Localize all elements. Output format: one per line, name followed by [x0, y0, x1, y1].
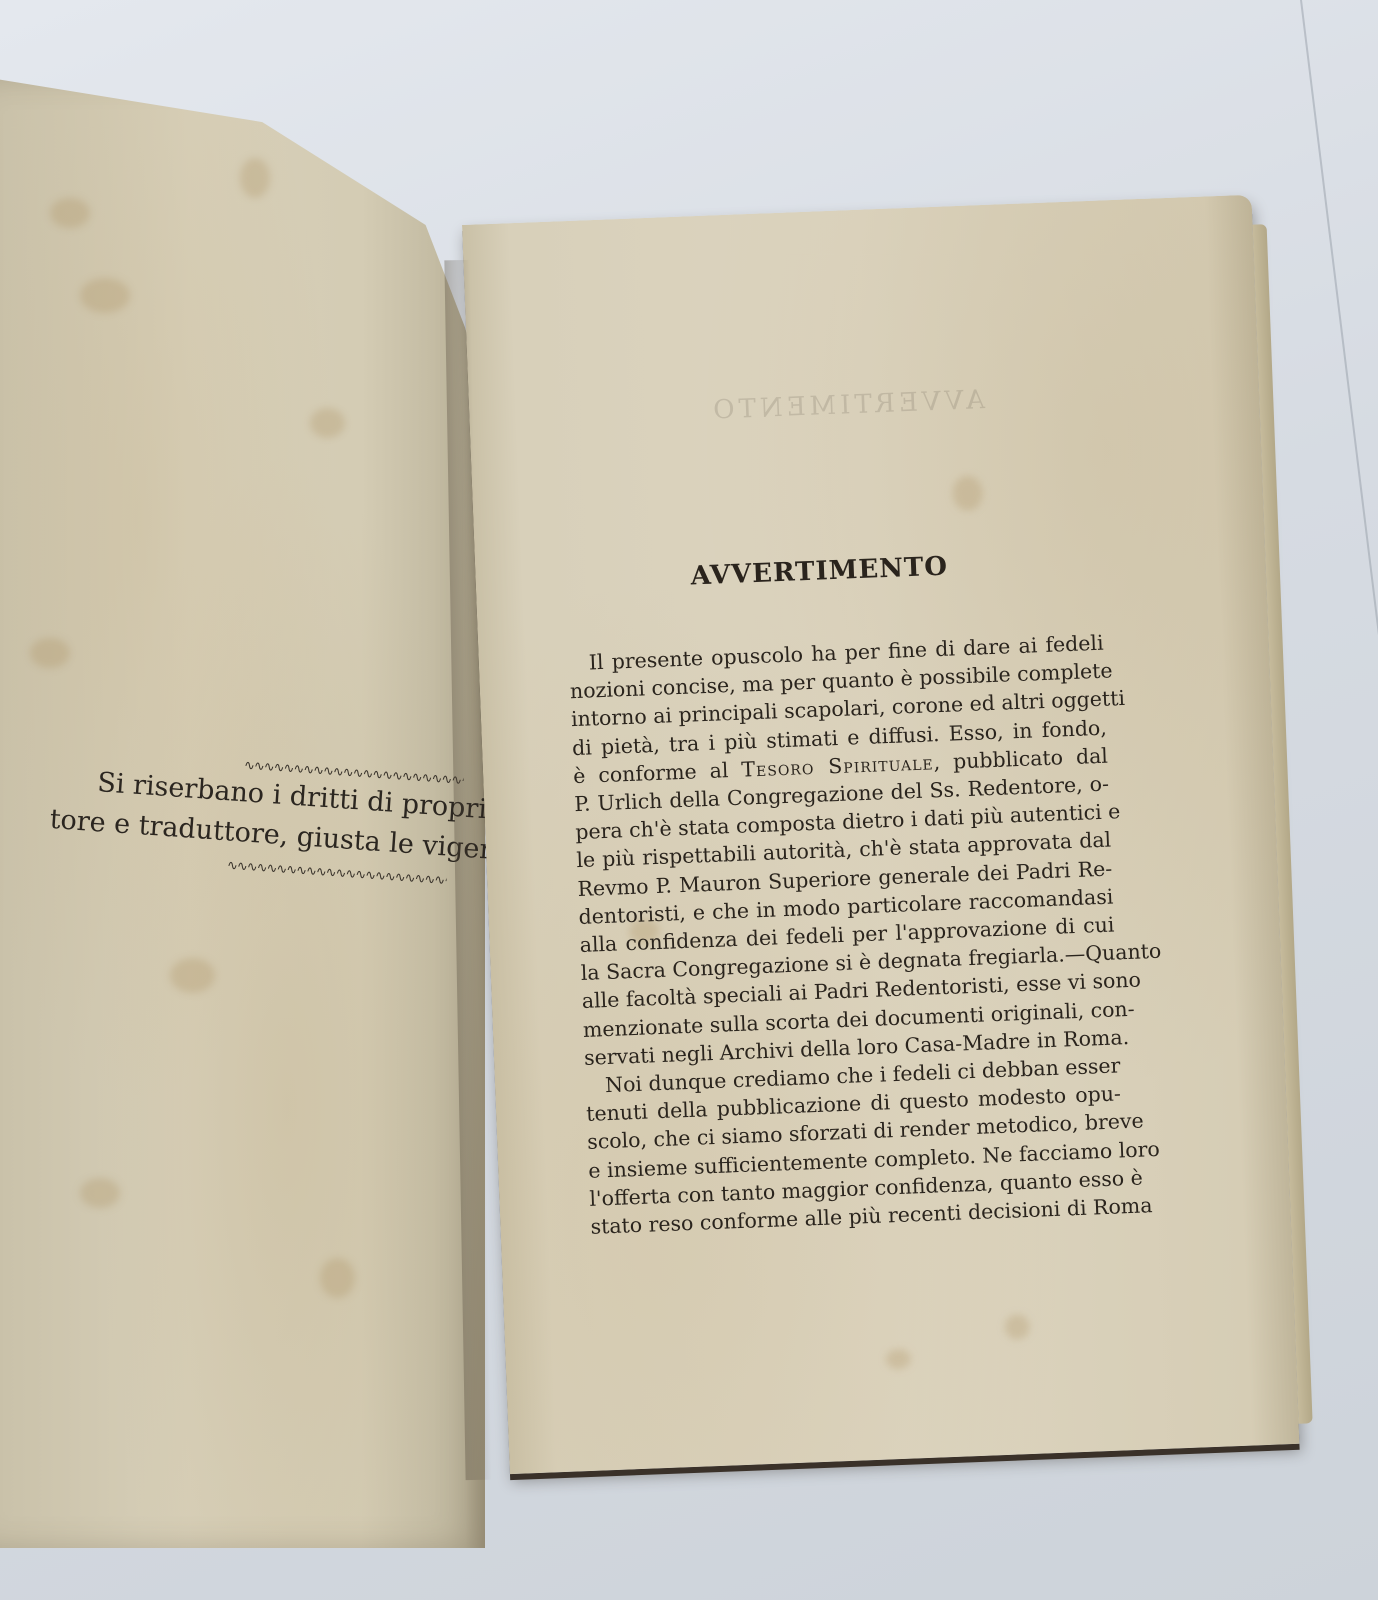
foxing-stain: [80, 1178, 120, 1208]
foxing-stain: [80, 278, 130, 313]
foxing-stain: [1004, 1314, 1030, 1340]
foxing-stain: [310, 408, 345, 438]
body-text: Il presente opuscolo ha per fine di dare…: [568, 629, 1125, 1241]
foxing-stain: [320, 1258, 355, 1298]
foxing-stain: [952, 475, 983, 511]
foxing-stain: [240, 158, 270, 198]
right-page: AVVERTIMENTO AVVERTIMENTO Il presente op…: [462, 195, 1299, 1474]
page-title: AVVERTIMENTO: [690, 552, 948, 592]
bleed-through-heading: AVVERTIMENTO: [709, 385, 986, 426]
text-fragment: è conforme al: [573, 758, 729, 788]
foxing-stain: [30, 638, 70, 668]
foxing-stain: [170, 958, 215, 993]
foxing-stain: [50, 198, 90, 228]
foxing-stain: [885, 1349, 911, 1370]
table-surface-seam: [1300, 0, 1378, 1588]
page-stack-edge: [1253, 224, 1313, 1424]
text-fragment: , pubblicato dal: [933, 743, 1108, 774]
